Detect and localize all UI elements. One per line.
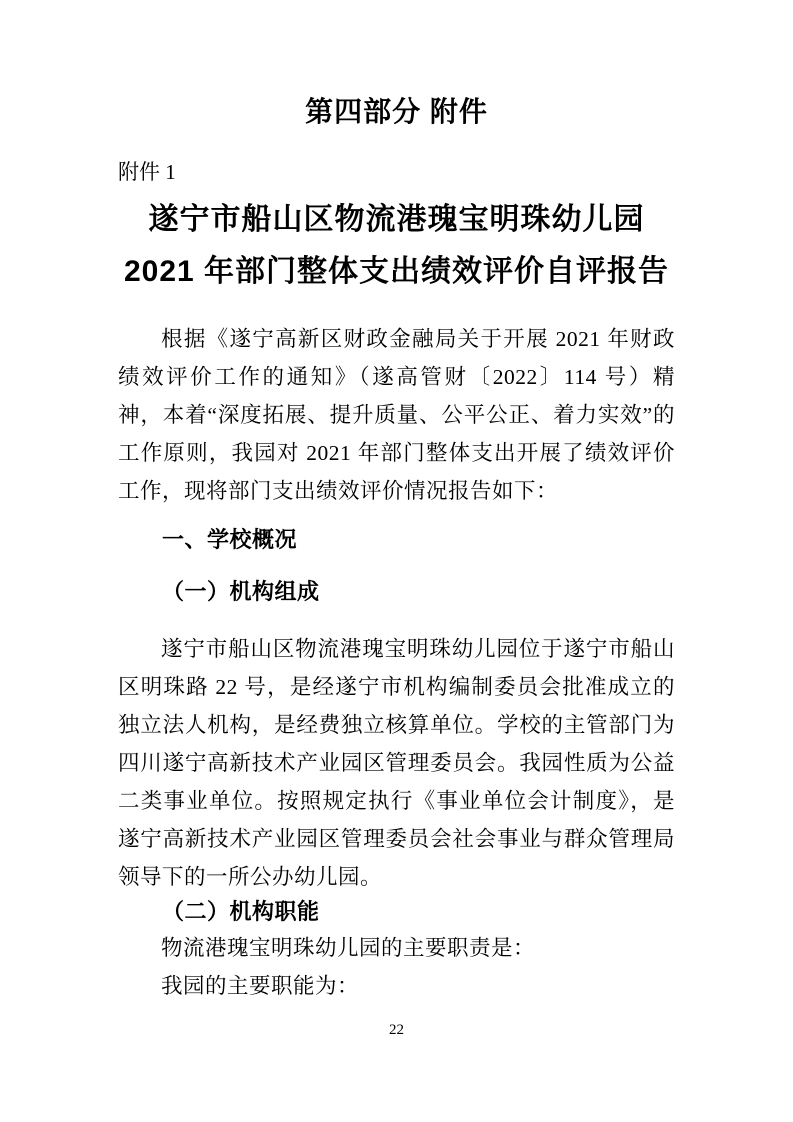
org-function-line: 我园的主要职能为： xyxy=(118,968,675,1004)
document-page: 第四部分 附件 附件 1 遂宁市船山区物流港瑰宝明珠幼儿园 2021 年部门整体… xyxy=(0,0,793,1122)
part-heading: 第四部分 附件 xyxy=(118,0,675,130)
intro-paragraph: 根据《遂宁高新区财政金融局关于开展 2021 年财政绩效评价工作的通知》（遂高管… xyxy=(118,320,675,510)
org-composition-paragraph: 遂宁市船山区物流港瑰宝明珠幼儿园位于遂宁市船山区明珠路 22 号，是经遂宁市机构… xyxy=(118,630,675,896)
subsection-heading-org-composition: （一）机构组成 xyxy=(118,576,675,608)
org-duty-line: 物流港瑰宝明珠幼儿园的主要职责是： xyxy=(118,930,675,966)
report-title: 遂宁市船山区物流港瑰宝明珠幼儿园 2021 年部门整体支出绩效评价自评报告 xyxy=(118,194,675,298)
report-title-line1: 遂宁市船山区物流港瑰宝明珠幼儿园 xyxy=(118,194,675,246)
report-title-line2: 2021 年部门整体支出绩效评价自评报告 xyxy=(118,246,675,298)
attachment-label: 附件 1 xyxy=(118,158,675,186)
section-heading-school-overview: 一、学校概况 xyxy=(118,524,675,556)
subsection-heading-org-functions: （二）机构职能 xyxy=(118,896,675,928)
page-number: 22 xyxy=(0,1020,793,1040)
page-content: 第四部分 附件 附件 1 遂宁市船山区物流港瑰宝明珠幼儿园 2021 年部门整体… xyxy=(0,0,793,1004)
